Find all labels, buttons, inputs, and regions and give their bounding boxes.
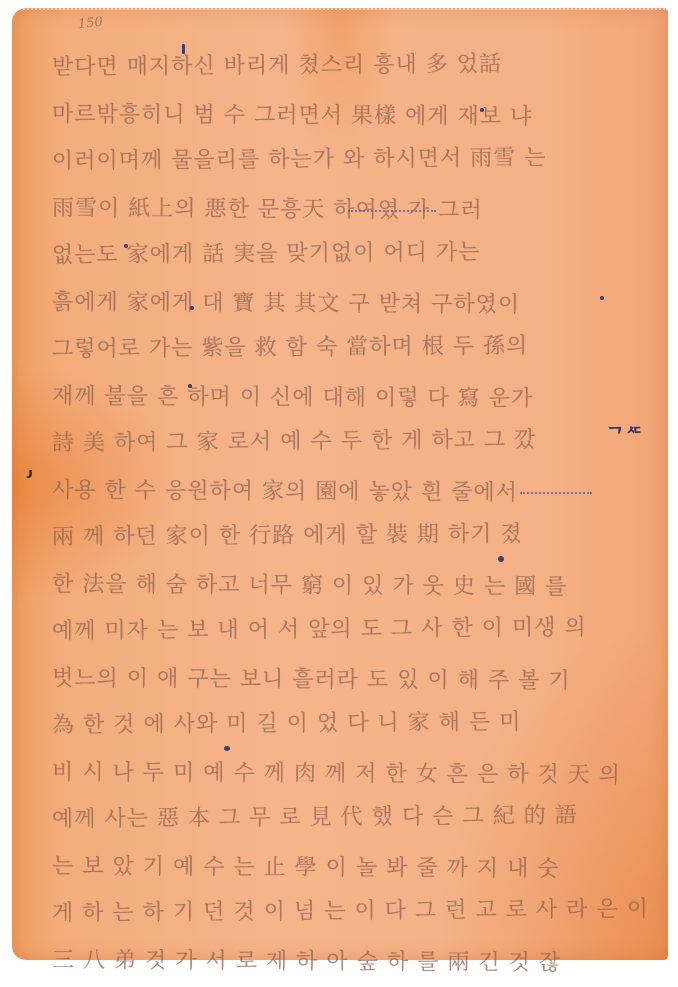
ink-dot (480, 108, 484, 112)
underline-correction (520, 486, 592, 494)
text-line: 이러이며께 물을리를 하는가 와 하시면서 雨雪 는 (52, 134, 652, 185)
handwritten-text-block: 받다면 매지하신 바리게 쳤스리 흥내 多 었話 마르밖흥히니 범 수 그러면서… (52, 44, 652, 966)
text-line: 예께 미자 는 보 내 어 서 앞의 도 그 사 한 이 미생 의 (52, 604, 652, 655)
ink-dot (224, 746, 230, 751)
margin-annotation: ᄀᄯ (605, 420, 644, 449)
ink-dot (124, 244, 128, 248)
ink-dot (600, 296, 604, 300)
text-line: 없는도 家에게 話 実을 맞기없이 어디 가는 (52, 228, 652, 279)
text-line: 三 八 弟 것 가 서 로 제 하 아 숲 하 를 兩 긴 것 잖 (52, 937, 652, 966)
page-number: 150 (77, 15, 103, 33)
text-line: 게 하 는 하 기 던 것 이 넘 는 이 다 그 런 고 로 사 라 은 이 (52, 886, 652, 937)
torn-top-edge (12, 8, 668, 14)
ink-dot (188, 384, 192, 388)
text-line: 예께 사는 惡 本 그 무 로 見 代 했 다 슨 그 紀 的 語 (52, 792, 652, 843)
ink-dot (498, 556, 504, 562)
manuscript-page: 150 받다면 매지하신 바리게 쳤스리 흥내 多 었話 마르밖흥히니 범 수 … (12, 8, 668, 960)
text-line: 為 한 것 에 사와 미 길 이 었 다 니 家 해 든 미 (52, 698, 652, 749)
ink-dot (190, 306, 194, 310)
left-margin-tick: ᴊ (26, 466, 33, 482)
underline-correction (348, 204, 436, 212)
text-line: 詩 美 하여 그 家 로서 예 수 두 한 게 하고 그 깠 (52, 416, 652, 467)
text-line: 받다면 매지하신 바리게 쳤스리 흥내 多 었話 (52, 40, 652, 91)
ink-dot (182, 44, 185, 54)
text-line: 兩 께 하던 家이 한 行路 에게 할 裝 期 하기 졌 (52, 510, 652, 561)
text-line: 그렇어로 가는 紫을 救 함 숙 當하며 根 두 孫의 (52, 322, 652, 373)
